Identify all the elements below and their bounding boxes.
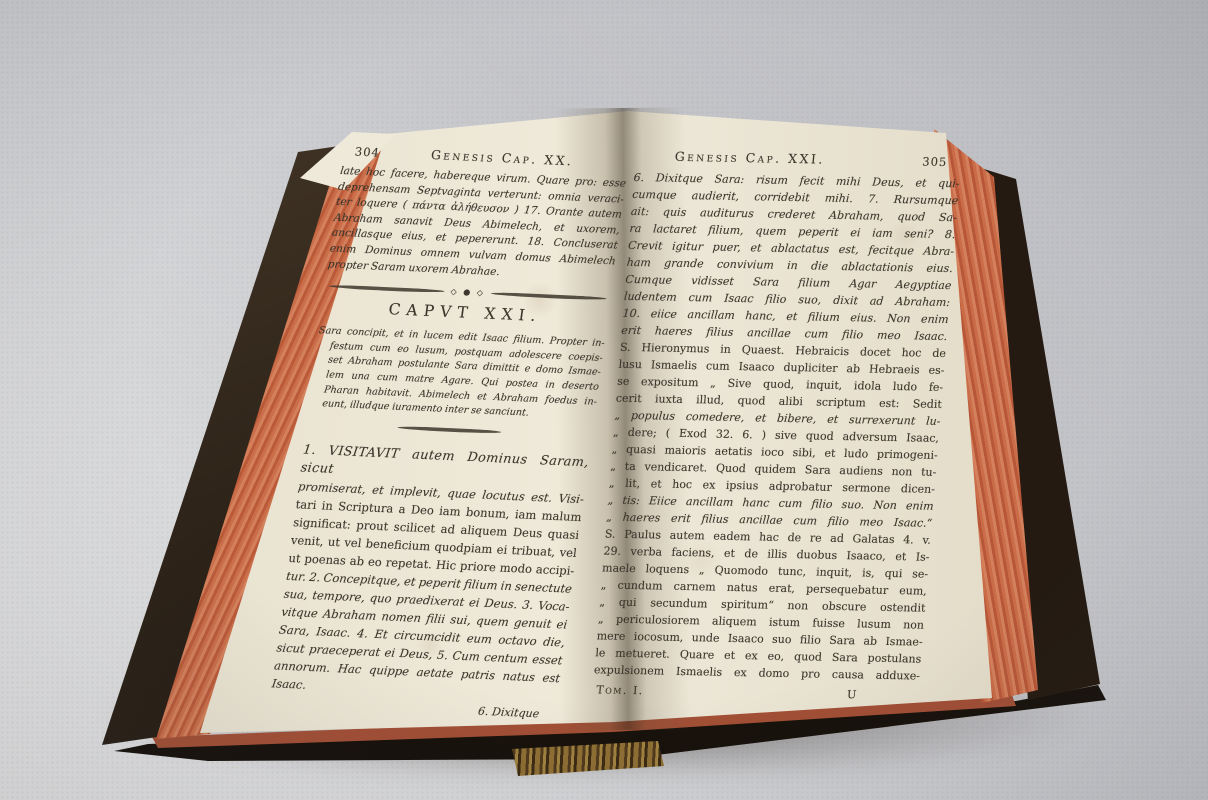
volume-label: Tom. I.: [592, 683, 644, 697]
right-page-number: 305: [922, 155, 948, 169]
ornament-center-motif: ◇ ● ◇: [450, 287, 486, 298]
left-page-number: 304: [354, 145, 381, 160]
chapter-summary: Sara concipit, et in lucem edit Isaac fi…: [308, 324, 605, 424]
ornament-rule-right: [491, 291, 607, 300]
chapter-heading: CAPVT XXI.: [321, 297, 609, 328]
signature-mark: U: [847, 688, 857, 701]
summary-divider-rule: [397, 425, 501, 434]
left-intro-text: late hoc facere, habereque virum. Quare …: [327, 164, 627, 286]
ornament-rule-left: [329, 284, 445, 293]
photo-of-open-book: 304 Genesis Cap. XX. late hoc facere, ha…: [0, 0, 1208, 800]
left-body-text: 1. VISITAVIT autem Dominus Saram, sicutp…: [271, 441, 590, 705]
right-page-text: Genesis Cap. XXI. 305 6. Dixitque Sara: …: [592, 148, 962, 703]
right-body-text: 6. Dixitque Sara: risum fecit mihi Deus,…: [593, 169, 960, 685]
